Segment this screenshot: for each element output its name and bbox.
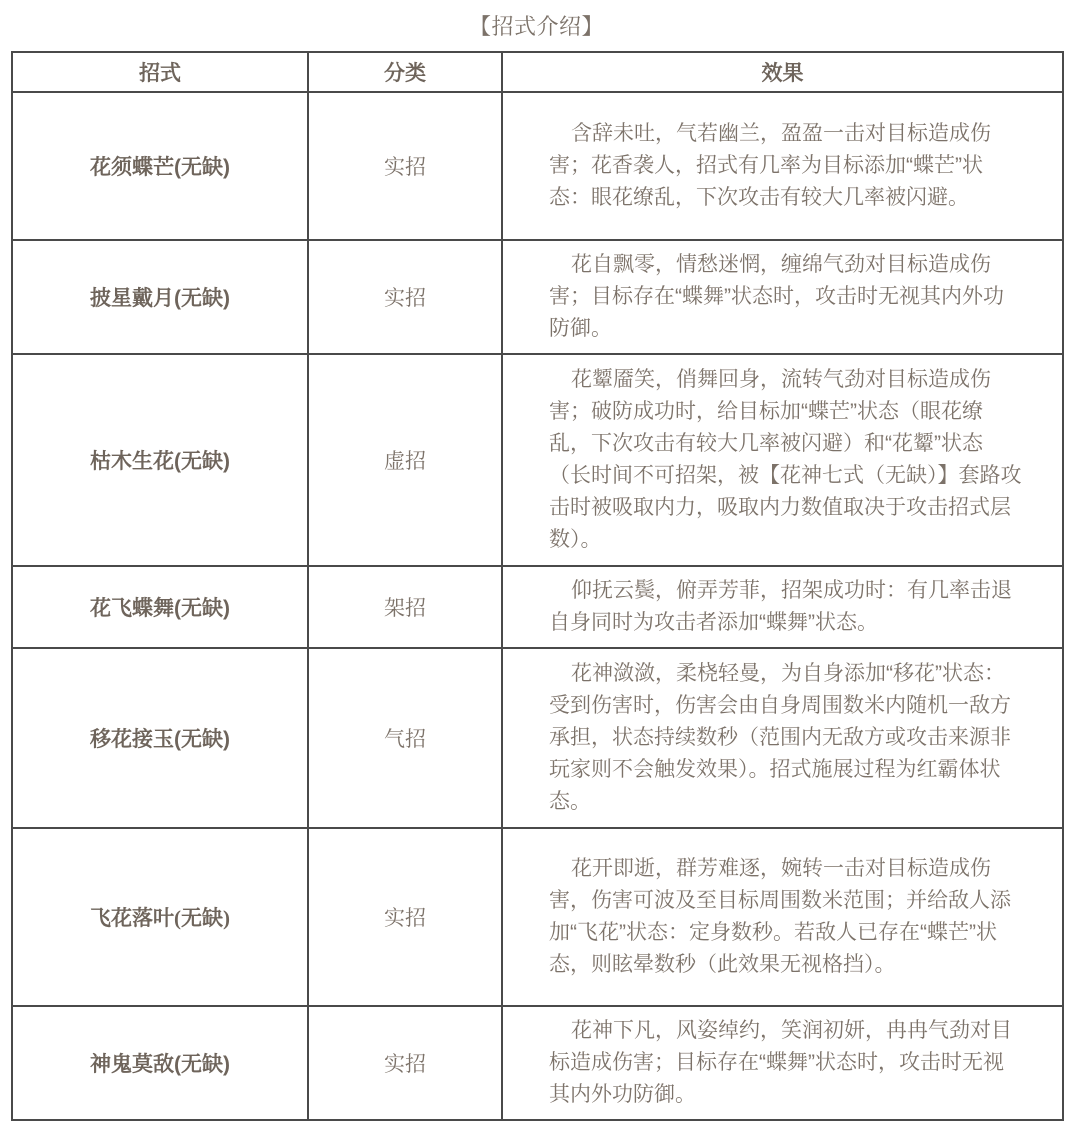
move-effect-text: 仰抚云鬓，俯弄芳菲，招架成功时：有几率击退自身同时为攻击者添加“蝶舞”状态。 [549,575,1024,639]
move-effect-text: 花神潋潋，柔桡轻曼，为自身添加“移花”状态：受到伤害时，伤害会由自身周围数米内随… [549,658,1024,818]
move-category-cell: 实招 [308,1006,502,1120]
move-category-cell: 虚招 [308,354,502,566]
move-effect-text: 花自飘零，情愁迷惘，缠绵气劲对目标造成伤害；目标存在“蝶舞”状态时，攻击时无视其… [549,249,1024,345]
table-header: 招式 分类 效果 [12,52,1063,92]
move-name-cell: 花飞蝶舞(无缺) [12,566,308,648]
table-body: 花须蝶芒(无缺) 实招 含辞未吐，气若幽兰，盈盈一击对目标造成伤害；花香袭人，招… [12,92,1063,1120]
table-row: 移花接玉(无缺) 气招 花神潋潋，柔桡轻曼，为自身添加“移花”状态：受到伤害时，… [12,648,1063,828]
table-row: 披星戴月(无缺) 实招 花自飘零，情愁迷惘，缠绵气劲对目标造成伤害；目标存在“蝶… [12,240,1063,354]
table-row: 神鬼莫敌(无缺) 实招 花神下凡，风姿绰约，笑润初妍，冉冉气劲对目标造成伤害；目… [12,1006,1063,1120]
move-effect-text: 花开即逝，群芳难逐，婉转一击对目标造成伤害，伤害可波及至目标周围数米范围；并给敌… [549,853,1024,981]
move-category-cell: 气招 [308,648,502,828]
move-name-cell: 移花接玉(无缺) [12,648,308,828]
move-category-cell: 实招 [308,828,502,1006]
page: 【招式介绍】 招式 分类 效果 花须蝶芒(无缺) 实招 含辞未吐，气若幽兰，盈盈… [0,0,1073,1131]
move-category-cell: 架招 [308,566,502,648]
move-category-cell: 实招 [308,92,502,240]
move-effect-cell: 花开即逝，群芳难逐，婉转一击对目标造成伤害，伤害可波及至目标周围数米范围；并给敌… [502,828,1063,1006]
move-name-cell: 神鬼莫敌(无缺) [12,1006,308,1120]
move-effect-cell: 仰抚云鬓，俯弄芳菲，招架成功时：有几率击退自身同时为攻击者添加“蝶舞”状态。 [502,566,1063,648]
move-effect-cell: 含辞未吐，气若幽兰，盈盈一击对目标造成伤害；花香袭人，招式有几率为目标添加“蝶芒… [502,92,1063,240]
column-header-move: 招式 [12,52,308,92]
moves-table: 招式 分类 效果 花须蝶芒(无缺) 实招 含辞未吐，气若幽兰，盈盈一击对目标造成… [11,51,1064,1121]
table-row: 花飞蝶舞(无缺) 架招 仰抚云鬓，俯弄芳菲，招架成功时：有几率击退自身同时为攻击… [12,566,1063,648]
move-category-cell: 实招 [308,240,502,354]
move-effect-cell: 花颦靥笑，俏舞回身，流转气劲对目标造成伤害；破防成功时，给目标加“蝶芒”状态（眼… [502,354,1063,566]
move-effect-text: 含辞未吐，气若幽兰，盈盈一击对目标造成伤害；花香袭人，招式有几率为目标添加“蝶芒… [549,118,1024,214]
column-header-category: 分类 [308,52,502,92]
move-effect-cell: 花自飘零，情愁迷惘，缠绵气劲对目标造成伤害；目标存在“蝶舞”状态时，攻击时无视其… [502,240,1063,354]
move-name-cell: 花须蝶芒(无缺) [12,92,308,240]
move-name-cell: 飞花落叶(无缺) [12,828,308,1006]
table-row: 花须蝶芒(无缺) 实招 含辞未吐，气若幽兰，盈盈一击对目标造成伤害；花香袭人，招… [12,92,1063,240]
table-row: 飞花落叶(无缺) 实招 花开即逝，群芳难逐，婉转一击对目标造成伤害，伤害可波及至… [12,828,1063,1006]
page-title: 【招式介绍】 [11,10,1062,41]
table-row: 枯木生花(无缺) 虚招 花颦靥笑，俏舞回身，流转气劲对目标造成伤害；破防成功时，… [12,354,1063,566]
move-name-cell: 枯木生花(无缺) [12,354,308,566]
header-row: 招式 分类 效果 [12,52,1063,92]
move-effect-text: 花颦靥笑，俏舞回身，流转气劲对目标造成伤害；破防成功时，给目标加“蝶芒”状态（眼… [549,364,1024,556]
move-name-cell: 披星戴月(无缺) [12,240,308,354]
move-effect-text: 花神下凡，风姿绰约，笑润初妍，冉冉气劲对目标造成伤害；目标存在“蝶舞”状态时，攻… [549,1015,1024,1111]
move-effect-cell: 花神潋潋，柔桡轻曼，为自身添加“移花”状态：受到伤害时，伤害会由自身周围数米内随… [502,648,1063,828]
move-effect-cell: 花神下凡，风姿绰约，笑润初妍，冉冉气劲对目标造成伤害；目标存在“蝶舞”状态时，攻… [502,1006,1063,1120]
column-header-effect: 效果 [502,52,1063,92]
